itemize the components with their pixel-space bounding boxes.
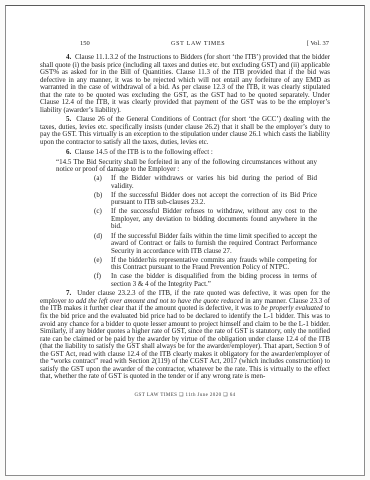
paragraph-text: Clause 14.5 of the ITB is to the followi… [75, 148, 213, 156]
item-text: If the successful Bidder fails within th… [111, 233, 317, 256]
item-label: (c) [94, 208, 111, 231]
item-text: In case the bidder is disqualified from … [111, 273, 317, 288]
paragraph-text: Clause 26 of the General Conditions of C… [40, 115, 330, 146]
page-header: 150 GST LAW TIMES [ Vol. 37 [40, 40, 330, 48]
paragraph: 4. Clause 11.1.3.2 of the Instructions t… [40, 54, 330, 114]
item-label: (f) [94, 273, 111, 288]
paragraph-text: to fix the bid price and the evaluated b… [40, 304, 330, 380]
page-footer: GST LAW TIMES ❑ 11th June 2020 ❑ 64 [40, 392, 330, 398]
item-text: If the successful Bidder refuses to with… [111, 208, 317, 231]
quote-item: (d)If the successful Bidder fails within… [94, 233, 317, 256]
paragraph: 5. Clause 26 of the General Conditions o… [40, 116, 330, 146]
quote-intro: “14.5 The Bid Security shall be forfeite… [56, 159, 317, 174]
journal-title: GST LAW TIMES [171, 40, 225, 48]
item-text: If the Bidder withdraws or varies his bi… [111, 175, 317, 190]
item-text: If the successful Bidder does not accept… [111, 192, 317, 207]
volume-label: [ Vol. 37 [307, 40, 329, 48]
document-page: 150 GST LAW TIMES [ Vol. 37 4. Clause 11… [5, 5, 365, 476]
paragraph: 6. Clause 14.5 of the ITB is to the foll… [40, 149, 330, 157]
item-label: (b) [94, 192, 111, 207]
quote-item: (e)If the bidder/his representative comm… [94, 257, 317, 272]
quote-item: (f)In case the bidder is disqualified fr… [94, 273, 317, 288]
page-number: 150 [80, 40, 90, 48]
quote-item: (a)If the Bidder withdraws or varies his… [94, 175, 317, 190]
quote-item: (c)If the successful Bidder refuses to w… [94, 208, 317, 231]
quote-item: (b)If the successful Bidder does not acc… [94, 192, 317, 207]
page-body: 4. Clause 11.1.3.2 of the Instructions t… [40, 54, 330, 381]
paragraph: 7. Under clause 23.2.3 of the ITB, if th… [40, 290, 330, 381]
paragraph-number: 6. [66, 148, 71, 156]
item-label: (e) [94, 257, 111, 272]
paragraph-text: Clause 11.1.3.2 of the Instructions to B… [40, 53, 330, 114]
item-text: If the bidder/his representative commits… [111, 257, 317, 272]
item-label: (d) [94, 233, 111, 256]
item-label: (a) [94, 175, 111, 190]
